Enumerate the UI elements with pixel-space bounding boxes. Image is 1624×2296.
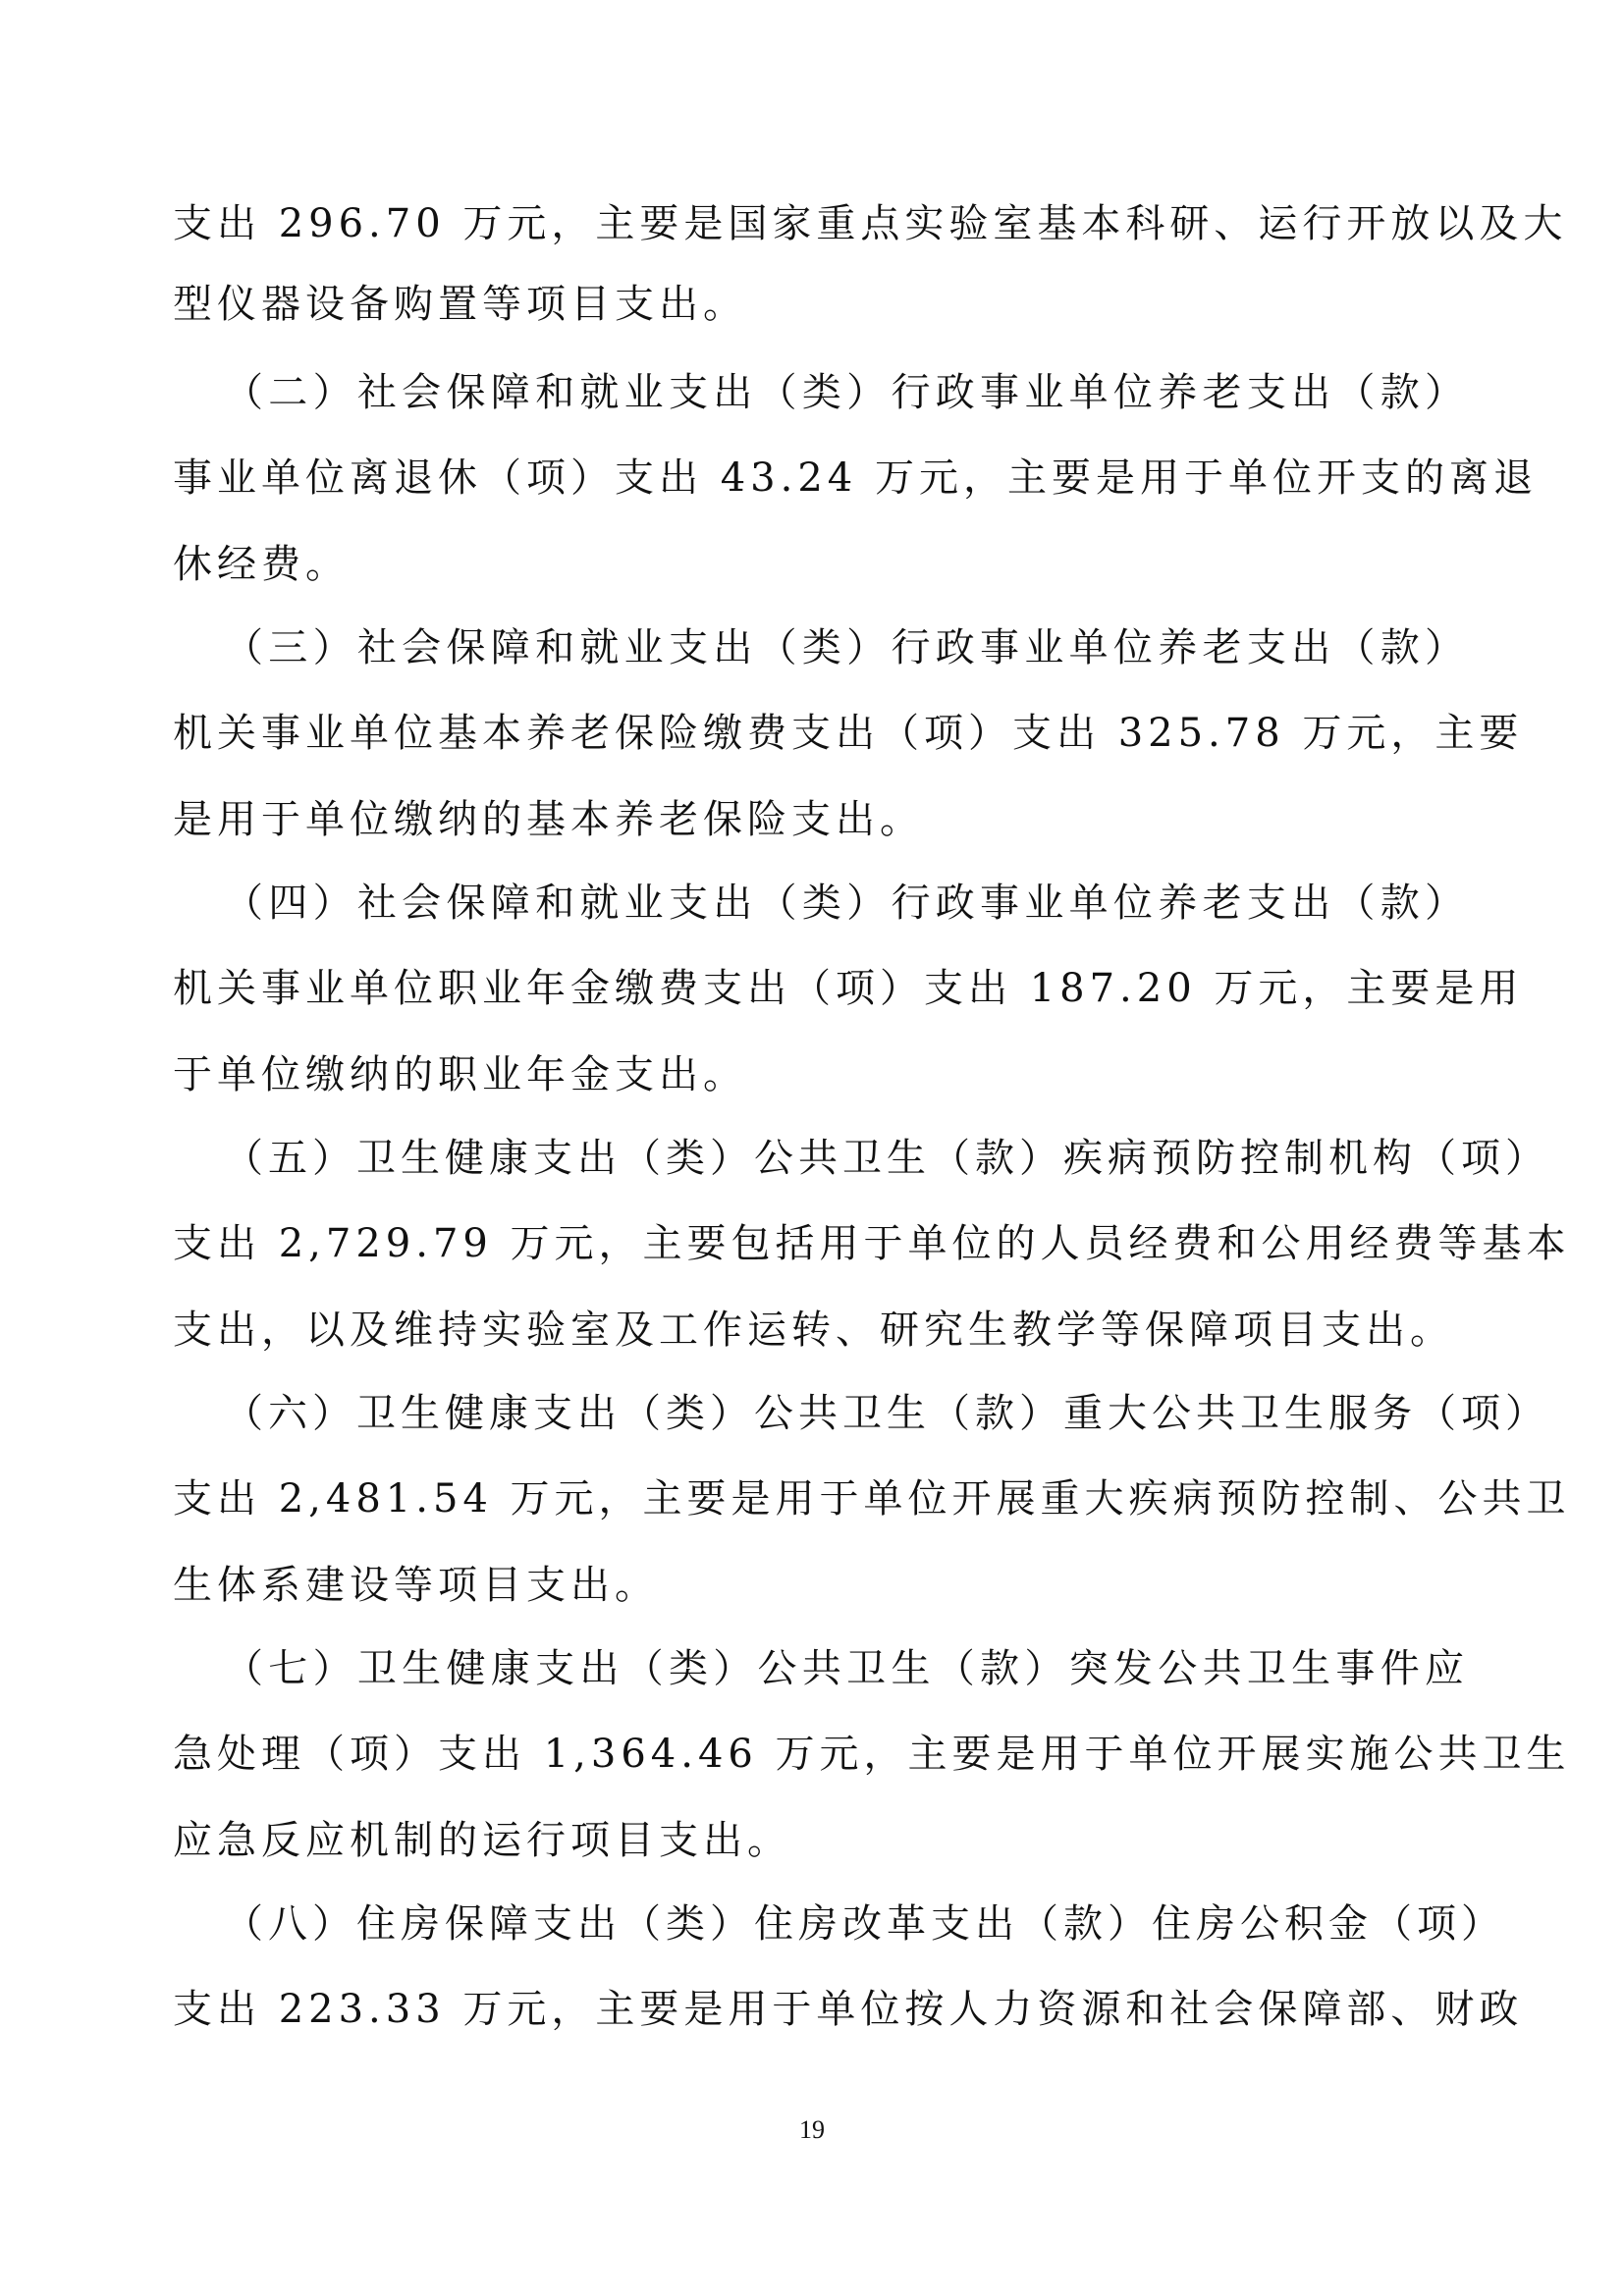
text-line: 机关事业单位基本养老保险缴费支出（项）支出 325.78 万元，主要 xyxy=(173,704,1469,763)
paragraph-heading-line: （七）卫生健康支出（类）公共卫生（款）突发公共卫生事件应 xyxy=(224,1639,1469,1698)
text-line: 应急反应机制的运行项目支出。 xyxy=(173,1811,1469,1870)
paragraph-heading-line: （八）住房保障支出（类）住房改革支出（款）住房公积金（项） xyxy=(224,1895,1469,1953)
text-line: 支出 223.33 万元，主要是用于单位按人力资源和社会保障部、财政 xyxy=(173,1980,1469,2039)
text-line: 于单位缴纳的职业年金支出。 xyxy=(173,1045,1469,1104)
text-line: 型仪器设备购置等项目支出。 xyxy=(173,275,1469,334)
paragraph-heading-line: （五）卫生健康支出（类）公共卫生（款）疾病预防控制机构（项） xyxy=(224,1129,1469,1188)
text-line: 是用于单位缴纳的基本养老保险支出。 xyxy=(173,790,1469,849)
text-line: 休经费。 xyxy=(173,535,1469,594)
text-line: 机关事业单位职业年金缴费支出（项）支出 187.20 万元，主要是用 xyxy=(173,959,1469,1018)
paragraph-heading-line: （三）社会保障和就业支出（类）行政事业单位养老支出（款） xyxy=(224,618,1469,677)
text-line: 事业单位离退休（项）支出 43.24 万元，主要是用于单位开支的离退 xyxy=(173,449,1469,507)
text-line: 支出 296.70 万元，主要是国家重点实验室基本科研、运行开放以及大 xyxy=(173,194,1469,253)
text-line: 支出 2,729.79 万元，主要包括用于单位的人员经费和公用经费等基本 xyxy=(173,1214,1469,1273)
document-page: 支出 296.70 万元，主要是国家重点实验室基本科研、运行开放以及大 型仪器设… xyxy=(0,0,1624,2296)
text-line: 支出 2,481.54 万元，主要是用于单位开展重大疾病预防控制、公共卫 xyxy=(173,1469,1469,1528)
page-number: 19 xyxy=(0,2115,1624,2145)
paragraph-heading-line: （六）卫生健康支出（类）公共卫生（款）重大公共卫生服务（项） xyxy=(224,1384,1469,1443)
paragraph-heading-line: （四）社会保障和就业支出（类）行政事业单位养老支出（款） xyxy=(224,874,1469,933)
paragraph-heading-line: （二）社会保障和就业支出（类）行政事业单位养老支出（款） xyxy=(224,363,1469,422)
text-line: 支出，以及维持实验室及工作运转、研究生教学等保障项目支出。 xyxy=(173,1301,1469,1360)
text-line: 生体系建设等项目支出。 xyxy=(173,1556,1469,1615)
text-line: 急处理（项）支出 1,364.46 万元，主要是用于单位开展实施公共卫生 xyxy=(173,1725,1469,1784)
